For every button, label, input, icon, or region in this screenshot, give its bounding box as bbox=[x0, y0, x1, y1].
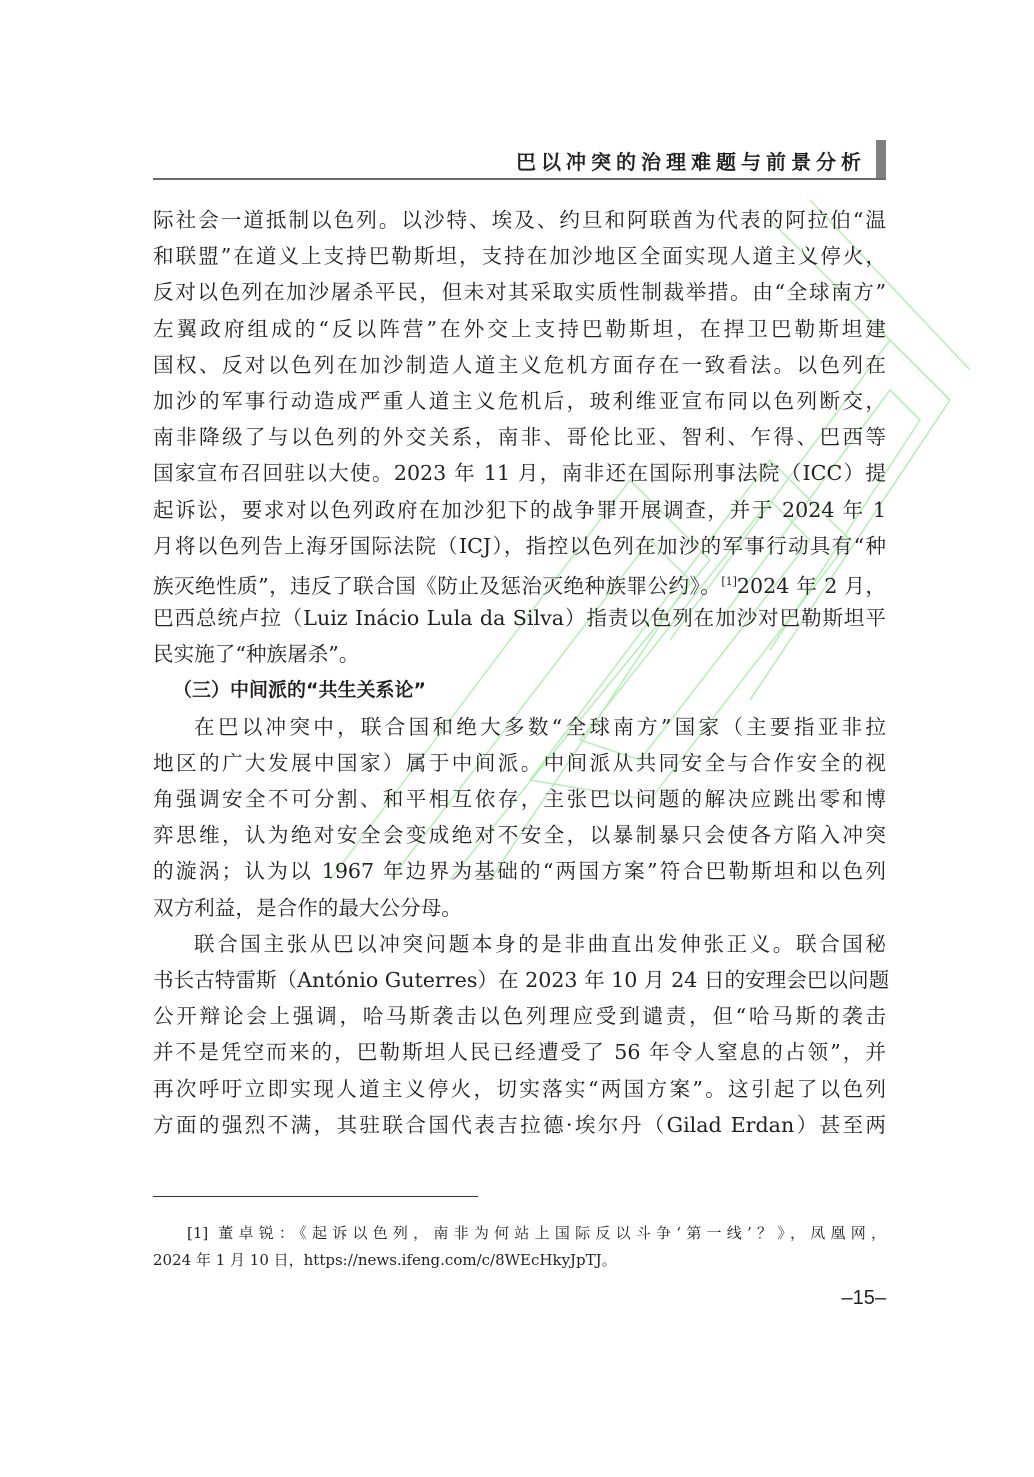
paragraph-line: 加沙的军事行动造成严重人道主义危机后，玻利维亚宣布同以色列断交， bbox=[153, 383, 886, 419]
paragraph-line: 际社会一道抵制以色列。以沙特、埃及、约旦和阿联酋为代表的阿拉伯“温 bbox=[153, 202, 886, 238]
paragraph-line: 国家宣布召回驻以大使。2023 年 11 月，南非还在国际刑事法院（ICC）提 bbox=[153, 455, 886, 491]
paragraph-line: 和联盟”在道义上支持巴勒斯坦，支持在加沙地区全面实现人道主义停火， bbox=[153, 238, 886, 274]
footnote-ref[interactable]: [1] bbox=[721, 575, 737, 588]
paragraph-line: 南非降级了与以色列的外交关系，南非、哥伦比亚、智利、乍得、巴西等 bbox=[153, 419, 886, 455]
paragraph-line: 双方利益，是合作的最大公分母。 bbox=[153, 890, 886, 926]
paragraph-line: 的漩涡；认为以 1967 年边界为基础的“两国方案”符合巴勒斯坦和以色列 bbox=[153, 853, 886, 889]
paragraph-line: 公开辩论会上强调，哈马斯袭击以色列理应受到谴责，但“哈马斯的袭击 bbox=[153, 998, 886, 1034]
paragraph-line: 再次呼吁立即实现人道主义停火，切实落实“两国方案”。这引起了以色列 bbox=[153, 1071, 886, 1107]
footnote-divider bbox=[153, 1196, 478, 1197]
footnote: [1] 董卓锐：《起诉以色列，南非为何站上国际反以斗争‘第一线’？》，凤凰网， … bbox=[153, 1220, 886, 1274]
paragraph-line: 联合国主张从巴以冲突问题本身的是非曲直出发伸张正义。联合国秘 bbox=[153, 926, 886, 962]
paragraph-line-with-footnote: 族灭绝性质”，违反了联合国《防止及惩治灭绝种族罪公约》。[1]2024 年 2 … bbox=[153, 564, 886, 600]
header-accent-bar bbox=[876, 140, 886, 178]
footnote-line: 2024 年 1 月 10 日，https://news.ifeng.com/c… bbox=[153, 1247, 886, 1274]
paragraph-line: 起诉讼，要求对以色列政府在加沙犯下的战争罪开展调查，并于 2024 年 1 bbox=[153, 492, 886, 528]
section-subheading: （三）中间派的“共生关系论” bbox=[153, 672, 886, 708]
running-title: 巴以冲突的治理难题与前景分析 bbox=[516, 146, 866, 175]
paragraph-line: 并不是凭空而来的，巴勒斯坦人民已经遭受了 56 年令人窒息的占领”，并 bbox=[153, 1034, 886, 1070]
paragraph-line: 民实施了“种族屠杀”。 bbox=[153, 636, 886, 672]
paragraph-line: 左翼政府组成的“反以阵营”在外交上支持巴勒斯坦，在捍卫巴勒斯坦建 bbox=[153, 311, 886, 347]
paragraph-line: 巴西总统卢拉（Luiz Inácio Lula da Silva）指责以色列在加… bbox=[153, 600, 886, 636]
paragraph-line: 书长古特雷斯（António Guterres）在 2023 年 10 月 24… bbox=[153, 962, 886, 998]
paragraph-line: 国权、反对以色列在加沙制造人道主义危机方面存在一致看法。以色列在 bbox=[153, 347, 886, 383]
paragraph-line: 在巴以冲突中，联合国和绝大多数“全球南方”国家（主要指亚非拉 bbox=[153, 709, 886, 745]
header-rule bbox=[153, 178, 886, 180]
paragraph-line: 弈思维，认为绝对安全会变成绝对不安全，以暴制暴只会使各方陷入冲突 bbox=[153, 817, 886, 853]
line-text: 族灭绝性质”，违反了联合国《防止及惩治灭绝种族罪公约》。 bbox=[153, 574, 721, 598]
paragraph-line: 月将以色列告上海牙国际法院（ICJ），指控以色列在加沙的军事行动具有“种 bbox=[153, 528, 886, 564]
body-text: 际社会一道抵制以色列。以沙特、埃及、约旦和阿联酋为代表的阿拉伯“温 和联盟”在道… bbox=[153, 202, 886, 1143]
footnote-line: [1] 董卓锐：《起诉以色列，南非为何站上国际反以斗争‘第一线’？》，凤凰网， bbox=[153, 1220, 886, 1247]
running-header: 巴以冲突的治理难题与前景分析 bbox=[153, 140, 886, 178]
paragraph-line: 角强调安全不可分割、和平相互依存，主张巴以问题的解决应跳出零和博 bbox=[153, 781, 886, 817]
paragraph-line: 反对以色列在加沙屠杀平民，但未对其采取实质性制裁举措。由“全球南方” bbox=[153, 274, 886, 310]
paragraph-line: 地区的广大发展中国家）属于中间派。中间派从共同安全与合作安全的视 bbox=[153, 745, 886, 781]
line-text: 2024 年 2 月， bbox=[737, 574, 886, 598]
page-number: –15– bbox=[842, 1287, 887, 1310]
paragraph-line: 方面的强烈不满，其驻联合国代表吉拉德·埃尔丹（Gilad Erdan）甚至两 bbox=[153, 1107, 886, 1143]
